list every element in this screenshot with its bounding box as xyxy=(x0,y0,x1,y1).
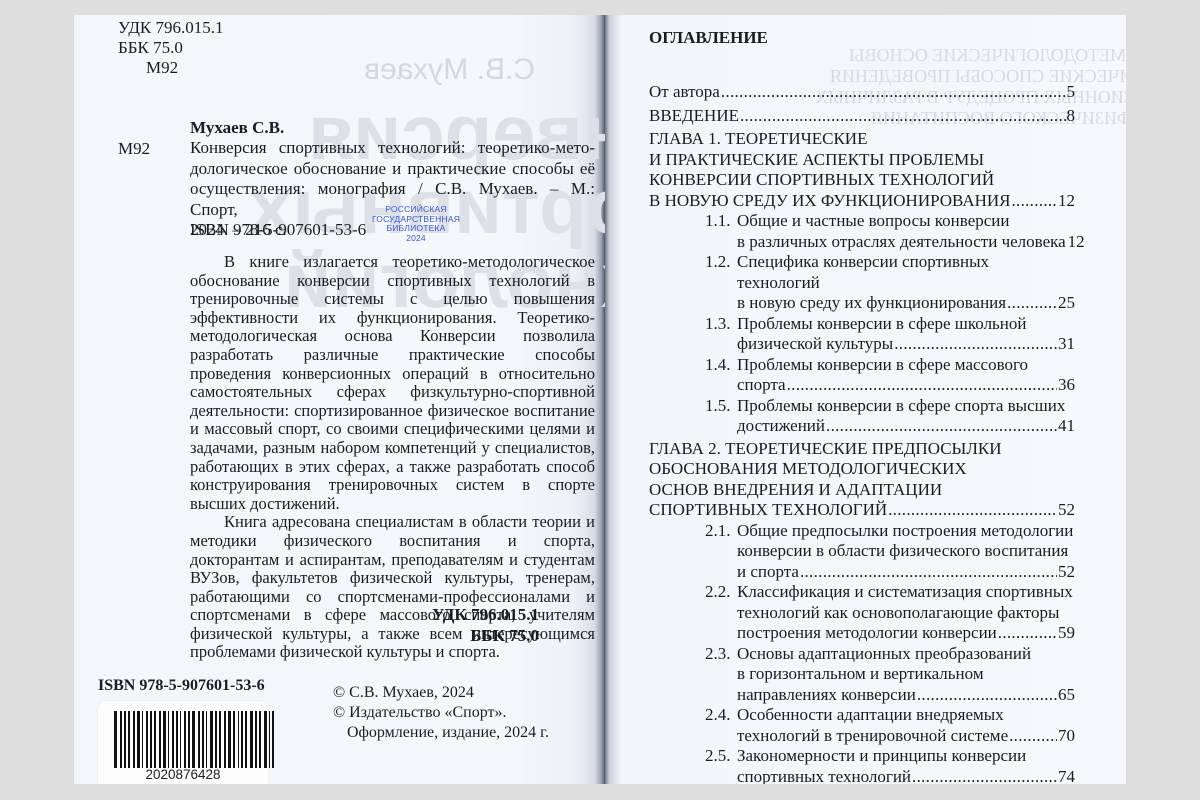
author-mark-side: М92 xyxy=(118,139,150,159)
toc-leader-dots xyxy=(826,416,1057,437)
toc-page-number: 5 xyxy=(1067,82,1076,103)
toc-section: 1.3.Проблемы конверсии в сфере школьнойф… xyxy=(649,314,1075,355)
toc-section-number: 1.3. xyxy=(705,314,731,335)
toc-page-number: 59 xyxy=(1058,623,1075,644)
toc-section: 1.2.Специфика конверсии спортивных техно… xyxy=(649,252,1075,314)
toc-line: ВВЕДЕНИЕ8 xyxy=(649,106,1075,127)
barcode-bar xyxy=(154,711,156,768)
toc-leader-dots xyxy=(1011,191,1057,212)
toc-line: СПОРТИВНЫХ ТЕХНОЛОГИЙ52 xyxy=(649,500,1075,521)
barcode-number: 2020876428 xyxy=(98,767,268,782)
toc-leader-dots xyxy=(787,375,1057,396)
library-stamp: РОССИЙСКАЯ ГОСУДАРСТВЕННАЯ БИБЛИОТЕКА 20… xyxy=(356,205,476,243)
toc-page-number: 70 xyxy=(1058,726,1075,747)
barcode-bar xyxy=(114,711,117,768)
toc-page-number: 36 xyxy=(1058,375,1075,396)
toc-chapter: ГЛАВА 1. ТЕОРЕТИЧЕСКИЕИ ПРАКТИЧЕСКИЕ АСП… xyxy=(649,129,1075,211)
toc-chapter-line: КОНВЕРСИИ СПОРТИВНЫХ ТЕХНОЛОГИЙ xyxy=(649,170,1075,191)
toc-section-number: 1.2. xyxy=(705,252,731,273)
toc-entry-title: в новую среду их функционирования xyxy=(737,293,1006,314)
toc-section-line: Проблемы конверсии в сфере спорта высших xyxy=(737,396,1075,417)
barcode-bar xyxy=(120,711,122,768)
toc-section: 2.5.Закономерности и принципы конверсиис… xyxy=(649,746,1075,784)
toc-section-number: 2.3. xyxy=(705,644,731,665)
toc-leader-dots xyxy=(912,767,1057,785)
barcode-bar xyxy=(146,711,148,768)
barcode-bar xyxy=(238,711,240,768)
toc-line: построения методологии конверсии59 xyxy=(737,623,1075,644)
barcode-bar xyxy=(219,711,221,768)
toc-page-number: 31 xyxy=(1058,334,1075,355)
author-mark: М92 xyxy=(118,58,224,78)
toc-entry-title: в различных отраслях деятельности челове… xyxy=(737,232,1066,253)
toc-section-number: 1.4. xyxy=(705,355,731,376)
copyright: © С.В. Мухаев, 2024 © Издательство «Спор… xyxy=(333,683,549,743)
toc-section: 2.1.Общие предпосылки построения методол… xyxy=(649,521,1075,583)
barcode-bar xyxy=(142,711,144,768)
toc-leader-dots xyxy=(1007,293,1057,314)
toc-line: физической культуры31 xyxy=(737,334,1075,355)
barcode-bar xyxy=(233,711,235,768)
toc-line: технологий в тренировочной системе70 xyxy=(737,726,1075,747)
toc-section: 2.4.Особенности адаптации внедряемыхтехн… xyxy=(649,705,1075,746)
toc-entry-title: От автора xyxy=(649,82,720,103)
toc-section-line: Закономерности и принципы конверсии xyxy=(737,746,1075,767)
toc-line: в различных отраслях деятельности челове… xyxy=(737,232,1075,253)
barcode-bar xyxy=(241,711,243,768)
barcode-bar xyxy=(272,711,274,768)
barcode-bar xyxy=(206,711,208,768)
left-page: С.В. Мухаев Конверсия спортивных техноло… xyxy=(74,15,605,784)
barcode-bar xyxy=(180,711,182,768)
toc-section-number: 1.5. xyxy=(705,396,731,417)
barcode-bar xyxy=(168,711,170,768)
toc-entry-title: ВВЕДЕНИЕ xyxy=(649,106,739,127)
toc-entry-title: В НОВУЮ СРЕДУ ИХ ФУНКЦИОНИРОВАНИЯ xyxy=(649,191,1010,212)
toc-section-line: Общие предпосылки построения методологии xyxy=(737,521,1075,542)
toc-section-number: 2.4. xyxy=(705,705,731,726)
toc-line: спортивных технологий74 xyxy=(737,767,1075,785)
barcode-bar xyxy=(188,711,190,768)
barcode-bar xyxy=(176,711,178,768)
show-through-author: С.В. Мухаев xyxy=(364,53,535,87)
toc-section: 2.3.Основы адаптационных преобразованийв… xyxy=(649,644,1075,706)
toc-chapter-line: ГЛАВА 2. ТЕОРЕТИЧЕСКИЕ ПРЕДПОСЫЛКИ xyxy=(649,439,1075,460)
author-name: Мухаев С.В. xyxy=(190,118,284,138)
barcode-bar xyxy=(250,711,253,768)
toc-page-number: 41 xyxy=(1058,416,1075,437)
annotation-paragraph: В книге излагается теоретико-методологич… xyxy=(190,253,595,513)
toc-section-number: 2.5. xyxy=(705,746,731,767)
toc-chapter: ГЛАВА 2. ТЕОРЕТИЧЕСКИЕ ПРЕДПОСЫЛКИОБОСНО… xyxy=(649,439,1075,521)
udk-code: УДК 796.015.1 xyxy=(118,18,224,38)
toc-line: От автора5 xyxy=(649,82,1075,103)
toc-page-number: 12 xyxy=(1068,232,1085,253)
barcode-bar xyxy=(184,711,186,768)
toc-section-line: Специфика конверсии спортивных технологи… xyxy=(737,252,1075,293)
toc-chapter-line: ОБОСНОВАНИЯ МЕТОДОЛОГИЧЕСКИХ xyxy=(649,459,1075,480)
barcode-bar xyxy=(124,711,126,768)
barcode-bar xyxy=(172,711,174,768)
toc-page-number: 65 xyxy=(1058,685,1075,706)
toc-section-line: технологий как основополагающие факторы xyxy=(737,603,1075,624)
toc-section: 1.4.Проблемы конверсии в сфере массового… xyxy=(649,355,1075,396)
toc-entry: ВВЕДЕНИЕ8 xyxy=(649,106,1075,127)
toc-entry-title: спорта xyxy=(737,375,786,396)
barcode-bar xyxy=(259,711,261,768)
toc-leader-dots xyxy=(1009,726,1057,747)
barcode-bar xyxy=(224,711,226,768)
toc-line: и спорта52 xyxy=(737,562,1075,583)
toc-entry-title: построения методологии конверсии xyxy=(737,623,997,644)
toc-section-line: Общие и частные вопросы конверсии xyxy=(737,211,1075,232)
toc-page-number: 12 xyxy=(1058,191,1075,212)
toc-entry-title: спортивных технологий xyxy=(737,767,911,785)
barcode-bar xyxy=(137,711,140,768)
barcode-icon xyxy=(114,711,277,768)
toc-page-number: 74 xyxy=(1058,767,1075,785)
toc-section: 2.2.Классификация и систематизация спорт… xyxy=(649,582,1075,644)
toc-leader-dots xyxy=(917,685,1057,706)
toc-section-line: Проблемы конверсии в сфере массового xyxy=(737,355,1075,376)
toc-section-line: в горизонтальном и вертикальном xyxy=(737,664,1075,685)
barcode-bar xyxy=(228,711,231,768)
toc-leader-dots xyxy=(721,82,1066,103)
toc-section-number: 2.1. xyxy=(705,521,731,542)
toc-entry-title: технологий в тренировочной системе xyxy=(737,726,1008,747)
annotation: В книге излагается теоретико-методологич… xyxy=(190,253,595,662)
toc-page-number: 25 xyxy=(1058,293,1075,314)
toc-page-number: 52 xyxy=(1058,500,1075,521)
isbn-bottom: ISBN 978-5-907601-53-6 xyxy=(98,677,265,695)
bbk-code: ББК 75.0 xyxy=(118,38,224,58)
toc-page-number: 8 xyxy=(1067,106,1076,127)
barcode-bar xyxy=(269,711,271,768)
toc-entry-title: СПОРТИВНЫХ ТЕХНОЛОГИЙ xyxy=(649,500,887,521)
barcode-bar xyxy=(198,711,200,768)
toc-line: в новую среду их функционирования25 xyxy=(737,293,1075,314)
barcode-bar xyxy=(192,711,195,768)
toc-chapter-line: И ПРАКТИЧЕСКИЕ АСПЕКТЫ ПРОБЛЕМЫ xyxy=(649,150,1075,171)
toc-leader-dots xyxy=(998,623,1057,644)
barcode-bar xyxy=(210,711,213,768)
toc-title: ОГЛАВЛЕНИЕ xyxy=(649,28,768,48)
barcode-bar xyxy=(128,711,130,768)
barcode-bar xyxy=(163,711,166,768)
toc-section: 1.5.Проблемы конверсии в сфере спорта вы… xyxy=(649,396,1075,437)
toc-chapter-line: ОСНОВ ВНЕДРЕНИЯ И АДАПТАЦИИ xyxy=(649,480,1075,501)
toc-section-line: Основы адаптационных преобразований xyxy=(737,644,1075,665)
toc-entry-title: направлениях конверсии xyxy=(737,685,916,706)
toc-line: спорта36 xyxy=(737,375,1075,396)
toc-line: направлениях конверсии65 xyxy=(737,685,1075,706)
toc-section-number: 1.1. xyxy=(705,211,731,232)
toc-entry-title: достижений xyxy=(737,416,825,437)
catalog-codes-bottom: УДК 796.015.1 ББК 75.0 xyxy=(432,604,539,646)
toc-entry-title: и спорта xyxy=(737,562,799,583)
toc-section-number: 2.2. xyxy=(705,582,731,603)
barcode-bar xyxy=(202,711,204,768)
right-page: ГЛАВА 3. МЕТОДОЛОГИЧЕСКИЕ ОСНОВЫ И ПРАКТ… xyxy=(605,15,1126,784)
barcode-bar xyxy=(245,711,247,768)
toc-section-line: Проблемы конверсии в сфере школьной xyxy=(737,314,1075,335)
toc-chapter-line: ГЛАВА 1. ТЕОРЕТИЧЕСКИЕ xyxy=(649,129,1075,150)
barcode-bar xyxy=(264,711,267,768)
toc-section: 1.1.Общие и частные вопросы конверсиив р… xyxy=(649,211,1075,252)
barcode-sticker: 2020876428 xyxy=(98,701,268,784)
barcode-bar xyxy=(159,711,161,768)
toc-leader-dots xyxy=(888,500,1057,521)
barcode-bar xyxy=(255,711,257,768)
toc-leader-dots xyxy=(894,334,1057,355)
toc-section-line: Классификация и систематизация спортивны… xyxy=(737,582,1075,603)
toc-page-number: 52 xyxy=(1058,562,1075,583)
toc-leader-dots xyxy=(740,106,1066,127)
toc-leader-dots xyxy=(800,562,1057,583)
toc-entry: От автора5 xyxy=(649,82,1075,103)
toc-line: достижений41 xyxy=(737,416,1075,437)
barcode-bar xyxy=(150,711,152,768)
toc-entry-title: физической культуры xyxy=(737,334,893,355)
isbn: ISBN 978-5-907601-53-6 xyxy=(190,220,366,240)
toc-section-line: Особенности адаптации внедряемых xyxy=(737,705,1075,726)
catalog-codes: УДК 796.015.1 ББК 75.0 М92 xyxy=(118,18,224,78)
toc-line: В НОВУЮ СРЕДУ ИХ ФУНКЦИОНИРОВАНИЯ12 xyxy=(649,191,1075,212)
table-of-contents: От автора5ВВЕДЕНИЕ8ГЛАВА 1. ТЕОРЕТИЧЕСКИ… xyxy=(649,82,1075,784)
barcode-bar xyxy=(215,711,217,768)
barcode-bar xyxy=(133,711,135,768)
toc-section-line: конверсии в области физического воспитан… xyxy=(737,541,1075,562)
